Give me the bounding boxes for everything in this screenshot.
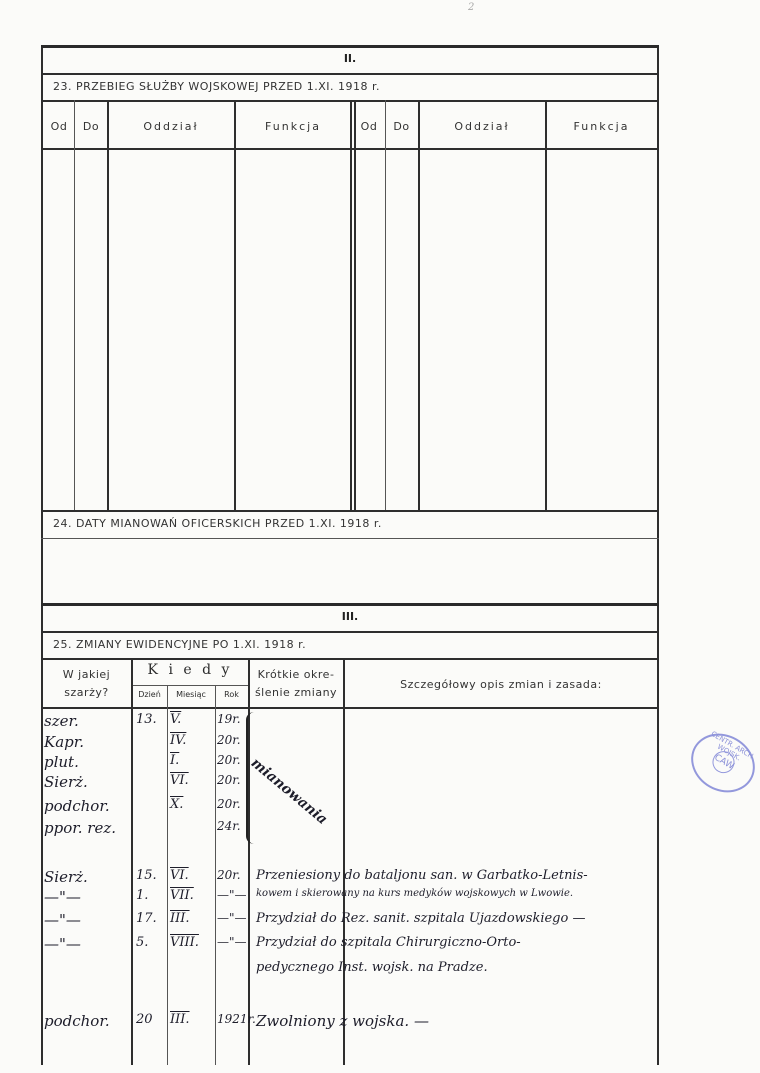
column-rule [74, 100, 75, 510]
column-header-od: Od [43, 120, 75, 133]
column-rule [350, 100, 352, 510]
divider [41, 45, 659, 48]
section-ii-heading: II. [41, 52, 659, 65]
cell-description: Przydział do Rez. sanit. szpitala Ujazdo… [256, 911, 585, 926]
cell-day: 5. [136, 935, 148, 950]
cell-rank: Kapr. [44, 733, 84, 751]
column-rule [418, 100, 420, 510]
cell-day: 20 [136, 1012, 153, 1027]
cell-year: 20r. [217, 868, 241, 882]
column-header-short-line1: Krótkie okre- [250, 668, 342, 681]
item-23-title: 23. PRZEBIEG SŁUŻBY WOJSKOWEJ PRZED 1.XI… [53, 80, 380, 93]
cell-year: —"— [217, 935, 247, 949]
cell-rank: ppor. rez. [44, 819, 116, 837]
column-rule [545, 100, 547, 510]
divider [41, 603, 659, 606]
cell-month: III. [170, 1012, 190, 1027]
divider [41, 538, 659, 539]
cell-month: III. [170, 911, 190, 926]
cell-year: 20r. [217, 797, 241, 811]
cell-rank: szer. [44, 712, 79, 730]
cell-month: I. [170, 753, 179, 768]
column-header-oddzial-2: Oddział [419, 120, 545, 133]
column-header-details: Szczegółowy opis zmian i zasada: [345, 678, 657, 691]
cell-month: VIII. [170, 935, 199, 950]
cell-month: IV. [170, 733, 186, 748]
cell-month: VII. [170, 888, 194, 903]
cell-day: 17. [136, 911, 157, 926]
column-header-rank-line1: W jakiej [43, 668, 130, 681]
column-rule [215, 685, 216, 1065]
cell-month: V. [170, 712, 181, 727]
cell-description: pedycznego Inst. wojsk. na Pradze. [256, 960, 488, 975]
column-header-do-2: Do [385, 120, 418, 133]
divider [41, 658, 659, 660]
cell-description: Przeniesiony do bataljonu san. w Garbatk… [256, 868, 588, 883]
column-rule [385, 100, 386, 510]
divider [41, 631, 659, 633]
section-iii-heading: III. [41, 610, 659, 623]
cell-year: —"— [217, 911, 247, 925]
column-rule [167, 685, 168, 1065]
cell-year: 24r. [217, 819, 241, 833]
cell-description: Przydział do szpitala Chirurgiczno-Orto- [256, 935, 521, 950]
divider [41, 510, 659, 512]
cell-year: —"— [217, 888, 247, 902]
column-header-od-2: Od [354, 120, 384, 133]
cell-description: Zwolniony z wojska. — [256, 1012, 429, 1030]
cell-month: VI. [170, 773, 189, 788]
column-header-rank-line2: szarży? [43, 686, 130, 699]
column-header-year: Rok [215, 690, 248, 699]
column-header-funkcja-2: Funkcja [546, 120, 657, 133]
divider [41, 707, 659, 709]
column-header-do: Do [75, 120, 107, 133]
cell-year: 20r. [217, 753, 241, 767]
column-rule [131, 658, 133, 1065]
archive-stamp: CENTR. ARCH. WOJSK. CAW [680, 722, 760, 803]
cell-description: kowem i skierowany na kurs medyków wojsk… [256, 888, 573, 899]
frame-right-border [657, 45, 659, 1065]
column-rule [234, 100, 236, 510]
divider [41, 73, 659, 75]
cell-rank: podchor. [44, 797, 110, 815]
column-header-oddzial: Oddział [108, 120, 234, 133]
cell-month: VI. [170, 868, 189, 883]
cell-year: 19r. [217, 712, 241, 726]
item-24-field [43, 540, 657, 602]
cell-rank: Sierż. [44, 773, 88, 791]
cell-rank: —"— [44, 935, 81, 953]
column-header-day: Dzień [132, 690, 167, 699]
column-rule [107, 100, 109, 510]
column-rule [343, 658, 345, 1065]
column-header-when: K i e d y [132, 662, 248, 678]
column-header-month: Miesiąc [167, 690, 215, 699]
divider [131, 685, 248, 686]
cell-rank: —"— [44, 911, 81, 929]
cell-rank: Sierż. [44, 868, 88, 886]
cell-year: 1921r. [217, 1012, 256, 1026]
cell-rank: plut. [44, 753, 79, 771]
cell-year: 20r. [217, 773, 241, 787]
cell-day: 1. [136, 888, 148, 903]
cell-day: 15. [136, 868, 157, 883]
column-rule [354, 100, 356, 510]
cell-rank: —"— [44, 888, 81, 906]
cell-rank: podchor. [44, 1012, 110, 1030]
column-header-funkcja: Funkcja [235, 120, 351, 133]
item-24-title: 24. DATY MIANOWAŃ OFICERSKICH PRZED 1.XI… [53, 517, 382, 530]
cell-day: 13. [136, 712, 157, 727]
cell-month: X. [170, 797, 183, 812]
page-mark: 2 [468, 2, 474, 13]
column-header-short-line2: ślenie zmiany [250, 686, 342, 699]
item-25-title: 25. ZMIANY EWIDENCYJNE PO 1.XI. 1918 r. [53, 638, 306, 651]
cell-year: 20r. [217, 733, 241, 747]
